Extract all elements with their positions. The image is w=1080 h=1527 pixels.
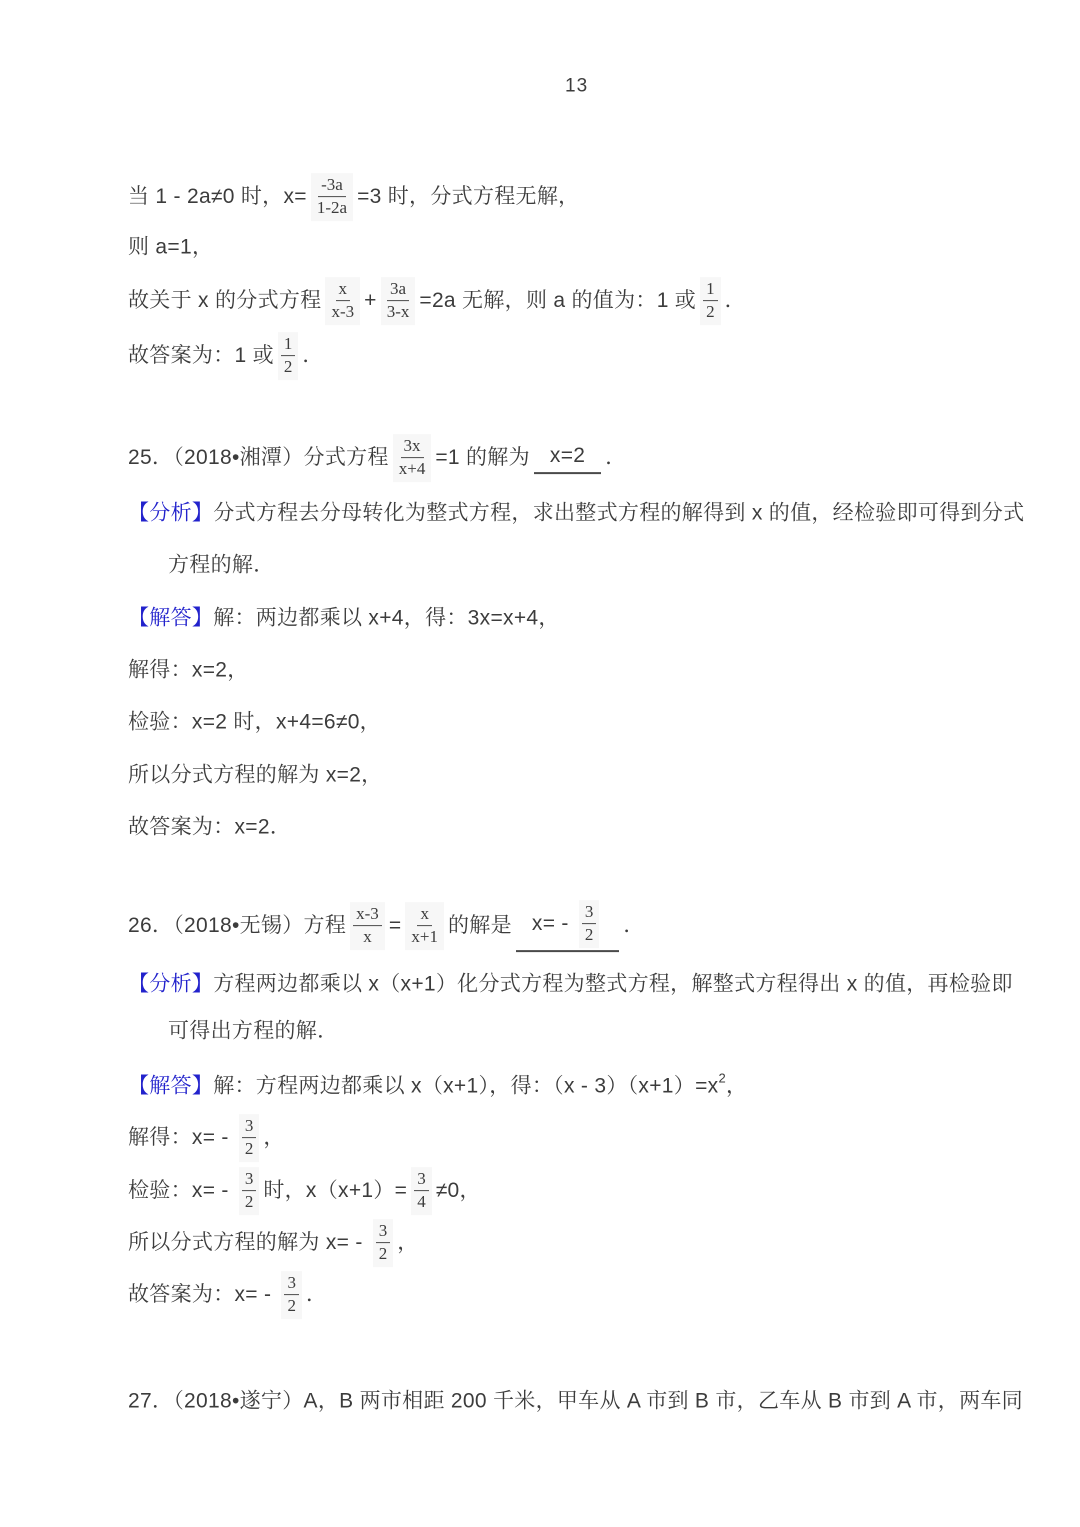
- text-run: 可得出方程的解．: [168, 1017, 338, 1044]
- fraction: 32: [239, 1167, 260, 1215]
- q24-solution-line-1: 当 1 - 2a≠0 时，x=-3a1-2a=3 时，分式方程无解，: [128, 173, 579, 221]
- question-25-stem: 25．（2018•湘潭）分式方程3xx+4=1 的解为x=2．: [128, 434, 627, 482]
- text-run: =: [389, 912, 402, 939]
- fraction-numerator: 3: [242, 1169, 257, 1191]
- text-run: 的解是: [448, 912, 512, 939]
- text-run: 解得：x= -: [128, 1124, 235, 1151]
- fraction-denominator: x-3: [328, 302, 357, 323]
- text-run: ，: [397, 1229, 418, 1256]
- fraction-denominator: 2: [703, 302, 718, 323]
- text-run: x= -: [532, 910, 575, 937]
- q26-analysis: 【分析】方程两边都乘以 x（x+1）化分式方程为整式方程，解整式方程得出 x 的…: [128, 970, 1013, 997]
- fraction-denominator: x: [360, 927, 375, 948]
- fraction: x-3x: [350, 902, 385, 950]
- fraction-denominator: 4: [414, 1192, 429, 1213]
- text-run: 当 1 - 2a≠0 时，x=: [128, 183, 307, 210]
- fraction-numerator: -3a: [318, 175, 346, 197]
- fraction-numerator: x: [417, 904, 432, 926]
- q25-step-conclude: 所以分式方程的解为 x=2，: [128, 761, 382, 788]
- text-run: 时，x（x+1）=: [263, 1177, 407, 1204]
- text-run: ．: [306, 1281, 327, 1308]
- q24-solution-line-3: 故关于 x 的分式方程xx-3+3a3-x=2a 无解，则 a 的值为：1 或1…: [128, 277, 746, 325]
- text-run: 方程的解．: [168, 551, 275, 578]
- text-run: 13: [565, 75, 588, 100]
- text-run: ，: [726, 1072, 747, 1099]
- section-label: 【解答】: [128, 1072, 213, 1099]
- fraction: 12: [700, 277, 721, 325]
- text-run: 27．（2018•遂宁）A，B 两市相距 200 千米，甲车从 A 市到 B 市…: [128, 1387, 1023, 1414]
- question-27-stem: 27．（2018•遂宁）A，B 两市相距 200 千米，甲车从 A 市到 B 市…: [128, 1387, 1023, 1414]
- text-run: +: [364, 287, 377, 314]
- fraction: xx-3: [325, 277, 360, 325]
- text-run: 方程两边都乘以 x（x+1）化分式方程为整式方程，解整式方程得出 x 的值，再检…: [213, 970, 1013, 997]
- text-run: 则 a=1，: [128, 233, 213, 260]
- fraction-numerator: 3: [376, 1221, 391, 1243]
- fraction-numerator: 3: [582, 902, 597, 924]
- fraction-numerator: 3: [284, 1273, 299, 1295]
- text-run: 解：两边都乘以 x+4，得：3x=x+4，: [213, 604, 559, 631]
- text-run: 所以分式方程的解为 x= -: [128, 1229, 369, 1256]
- text-run: ，: [263, 1124, 284, 1151]
- text-run: ．: [302, 342, 323, 369]
- text-run: 检验：x=2 时，x+4=6≠0，: [128, 708, 381, 735]
- text-run: =1 的解为: [435, 444, 530, 471]
- fraction: 3a3-x: [381, 277, 416, 325]
- text-run: 检验：x= -: [128, 1177, 235, 1204]
- text-run: 故答案为：x= -: [128, 1281, 277, 1308]
- fraction-numerator: 3: [242, 1116, 257, 1138]
- text-run: 故关于 x 的分式方程: [128, 287, 321, 314]
- text-run: 故答案为：x=2．: [128, 813, 291, 840]
- fraction-denominator: 2: [242, 1192, 257, 1213]
- fraction-denominator: 2: [376, 1244, 391, 1265]
- fraction-denominator: 2: [582, 925, 597, 946]
- text-run: x=2: [550, 442, 585, 469]
- fraction: 32: [281, 1271, 302, 1319]
- section-label: 【分析】: [128, 970, 213, 997]
- answer-blank: x=2: [534, 442, 601, 473]
- fraction-numerator: 1: [281, 334, 296, 356]
- fraction-denominator: 2: [284, 1296, 299, 1317]
- fraction: 32: [373, 1219, 394, 1267]
- text-run: ．: [725, 287, 746, 314]
- fraction-denominator: 3-x: [384, 302, 413, 323]
- text-run: 解得：x=2，: [128, 656, 249, 683]
- section-label: 【分析】: [128, 499, 213, 526]
- fraction-numerator: 3: [414, 1169, 429, 1191]
- q25-analysis: 【分析】分式方程去分母转化为整式方程，求出整式方程的解得到 x 的值，经检验即可…: [128, 499, 1024, 526]
- fraction: 3xx+4: [393, 434, 432, 482]
- q24-final-answer: 故答案为：1 或12．: [128, 332, 324, 380]
- q25-final-answer: 故答案为：x=2．: [128, 813, 291, 840]
- fraction-denominator: x+4: [396, 459, 429, 480]
- q26-answer-head: 【解答】解：方程两边都乘以 x（x+1），得：（x - 3）（x+1）=x2，: [128, 1072, 747, 1099]
- document-page: 13当 1 - 2a≠0 时，x=-3a1-2a=3 时，分式方程无解，则 a=…: [0, 0, 1080, 1527]
- fraction-numerator: 3a: [387, 279, 409, 301]
- page-number: 13: [565, 75, 588, 100]
- text-run: ．: [605, 444, 626, 471]
- text-run: =2a 无解，则 a 的值为：1 或: [419, 287, 696, 314]
- q26-step-check: 检验：x= - 32时，x（x+1）=34≠0，: [128, 1167, 481, 1215]
- fraction: 32: [579, 900, 600, 948]
- q26-analysis-cont: 可得出方程的解．: [168, 1017, 338, 1044]
- q26-step-conclude: 所以分式方程的解为 x= - 32，: [128, 1219, 419, 1267]
- fraction: 12: [278, 332, 299, 380]
- fraction: xx+1: [405, 902, 444, 950]
- fraction-numerator: 3x: [401, 436, 424, 458]
- text-run: ．: [623, 912, 644, 939]
- q25-answer-head: 【解答】解：两边都乘以 x+4，得：3x=x+4，: [128, 604, 560, 631]
- text-run: 所以分式方程的解为 x=2，: [128, 761, 382, 788]
- text-run: =3 时，分式方程无解，: [357, 183, 579, 210]
- section-label: 【解答】: [128, 604, 213, 631]
- fraction: 32: [239, 1114, 260, 1162]
- text-run: 26．（2018•无锡）方程: [128, 912, 346, 939]
- fraction: 34: [411, 1167, 432, 1215]
- fraction-numerator: x: [336, 279, 351, 301]
- text-run: 故答案为：1 或: [128, 342, 274, 369]
- q25-step-check: 检验：x=2 时，x+4=6≠0，: [128, 708, 381, 735]
- fraction-numerator: 1: [703, 279, 718, 301]
- text-run: 解：方程两边都乘以 x（x+1），得：（x - 3）（x+1）=x: [213, 1072, 718, 1099]
- fraction-denominator: 2: [281, 357, 296, 378]
- fraction-denominator: 2: [242, 1139, 257, 1160]
- superscript: 2: [718, 1071, 726, 1084]
- answer-blank: x= - 32: [516, 900, 619, 952]
- text-run: 分式方程去分母转化为整式方程，求出整式方程的解得到 x 的值，经检验即可得到分式: [213, 499, 1024, 526]
- q26-step-solve: 解得：x= - 32，: [128, 1114, 285, 1162]
- question-26-stem: 26．（2018•无锡）方程x-3x=xx+1的解是x= - 32．: [128, 900, 645, 952]
- q25-step-solve: 解得：x=2，: [128, 656, 249, 683]
- fraction: -3a1-2a: [311, 173, 353, 221]
- q26-final-answer: 故答案为：x= - 32．: [128, 1271, 327, 1319]
- fraction-denominator: x+1: [408, 927, 441, 948]
- text-run: ≠0，: [436, 1177, 481, 1204]
- fraction-numerator: x-3: [353, 904, 382, 926]
- fraction-denominator: 1-2a: [314, 198, 350, 219]
- q24-solution-line-2: 则 a=1，: [128, 233, 213, 260]
- text-run: 25．（2018•湘潭）分式方程: [128, 444, 389, 471]
- q25-analysis-cont: 方程的解．: [168, 551, 275, 578]
